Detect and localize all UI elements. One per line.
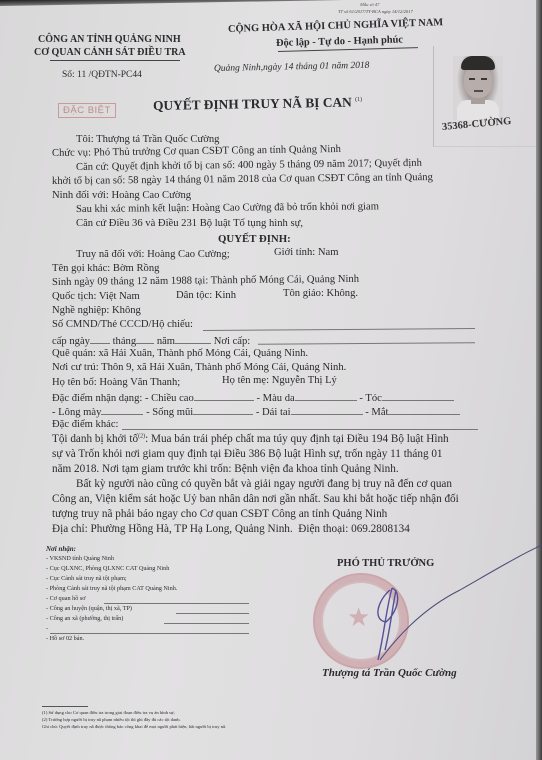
handwritten-signature-icon (0, 0, 542, 760)
footnote-rule (42, 706, 88, 707)
signatory-name: Thượng tá Trần Quốc Cường (322, 667, 457, 679)
footnote-3: Ghi chú: Quyết định truy nã được thông b… (42, 724, 226, 729)
footnote-2: (2) Trường hợp người bị truy nã phạm nhi… (42, 717, 181, 722)
wanted-notice-document: Mẫu số 47 TT số 61/2017/TT-BCA ngày 14/1… (0, 0, 542, 760)
footnote-1: (1) Sử dụng cho Cơ quan điều tra trong g… (42, 710, 175, 715)
